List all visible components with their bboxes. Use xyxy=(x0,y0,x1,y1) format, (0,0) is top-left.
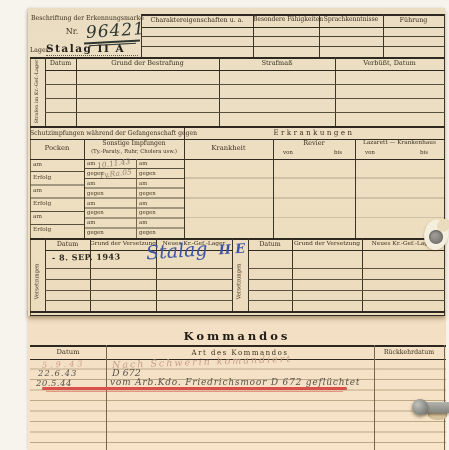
table-divider xyxy=(355,139,356,238)
rule-line xyxy=(45,268,232,269)
punch-hole xyxy=(429,230,443,244)
versetzungen-side-label-right: Versetzungen xyxy=(233,250,248,312)
table-divider xyxy=(374,345,375,450)
sonstige-header-line1: Sonstige Impfungen xyxy=(84,140,184,147)
row-label-gegen: gegen xyxy=(87,230,104,236)
table-divider xyxy=(184,128,185,139)
row-label-gegen: gegen xyxy=(139,191,156,197)
strafen-empty-rows xyxy=(45,71,445,126)
krankheit-header: Krankheit xyxy=(184,145,273,153)
impfungen-title: Schutzimpfungen während der Gefangenscha… xyxy=(30,130,184,137)
row-label-gegen: gegen xyxy=(87,210,104,216)
transfer-date-stamp: - 8. SEP. 1943 xyxy=(52,251,121,262)
kommandos-title: Kommandos xyxy=(28,330,446,343)
camp-stamp: Stalag II A xyxy=(46,43,125,55)
row-label-am: am xyxy=(139,161,147,167)
table-divider xyxy=(444,345,445,450)
traits-col-header: Sprachkenntnisse xyxy=(319,17,383,24)
erkrankungen-title: Erkrankungen xyxy=(184,129,444,137)
new-camp-ink-word: Stalag xyxy=(145,238,208,264)
table-divider xyxy=(136,159,137,238)
traits-col-header: Führung xyxy=(383,17,444,24)
lazarett-header: Lazarett — Krankenhaus xyxy=(355,140,444,147)
rule-line xyxy=(248,250,445,251)
traits-empty-rows xyxy=(141,27,445,56)
versetzungen-side-label-left: Versetzungen xyxy=(30,250,45,312)
row-label-am: am xyxy=(139,220,147,226)
row-label-am: am xyxy=(33,162,42,168)
row-label-gegen: gegen xyxy=(139,210,156,216)
row-label-am: am xyxy=(87,201,95,207)
row-label-am: am xyxy=(139,181,147,187)
row-label-am: am xyxy=(33,188,42,194)
row-label-gegen: gegen xyxy=(139,230,156,236)
rule-line xyxy=(30,345,446,347)
versetzung-col-header: Datum xyxy=(248,241,292,248)
strafen-col-header: Verbüßt, Datum xyxy=(335,60,444,67)
row-label-am: am xyxy=(33,214,42,220)
row-label-am: am xyxy=(87,161,95,167)
bottom-double-line xyxy=(30,311,445,313)
strafen-col-header: Strafmaß xyxy=(219,60,335,67)
scanned-pow-record-card: Beschriftung der Erkennungsmarke Nr. 964… xyxy=(0,0,449,450)
rule-line xyxy=(248,268,445,269)
table-divider xyxy=(273,139,274,238)
bottom-double-line xyxy=(30,315,445,317)
rule-line xyxy=(45,300,232,301)
lazarett-bis: bis xyxy=(414,150,434,156)
kommandos-col-header: Datum xyxy=(30,349,106,357)
versetzung-col-header: Datum xyxy=(45,241,90,248)
fastener-head xyxy=(412,399,428,415)
revier-von: von xyxy=(278,150,298,156)
rule-line xyxy=(45,290,232,291)
row-label-am: am xyxy=(139,201,147,207)
row-label-erfolg: Erfolg xyxy=(33,201,51,207)
traits-col-header: Besondere Fähigkeiten xyxy=(253,17,319,24)
kommando-row-text: vom Arb.Kdo. Friedrichsmoor D 672 geflüc… xyxy=(110,378,360,388)
row-label-gegen: gegen xyxy=(87,191,104,197)
kommando-row-date: 22.6.43 xyxy=(38,369,77,379)
section-divider-thick xyxy=(30,126,445,128)
pocken-rows xyxy=(30,159,84,237)
row-label-gegen: gegen xyxy=(139,171,156,177)
lazarett-von: von xyxy=(360,150,380,156)
strafen-col-header: Datum xyxy=(45,60,76,67)
erkrankungen-rows xyxy=(184,159,444,237)
pocken-header: Pocken xyxy=(30,145,84,153)
rule-line xyxy=(248,279,445,280)
sonstige-header-line2: (Ty.-Paraty., Ruhr, Cholera usw.) xyxy=(84,149,184,155)
versetzung-col-header: Grund der Versetzung xyxy=(292,241,362,248)
rule-line xyxy=(248,290,445,291)
new-camp-ink-number: II E xyxy=(218,242,246,259)
strafen-col-header: Grund der Bestrafung xyxy=(76,60,219,67)
prisoner-number-label: Nr. xyxy=(62,27,82,36)
kommandos-empty-rows xyxy=(30,359,446,450)
rule-line xyxy=(45,279,232,280)
strafen-side-label: Strafen im Kr.-Gef.-Lager xyxy=(30,57,45,126)
row-label-erfolg: Erfolg xyxy=(33,175,51,181)
table-divider xyxy=(106,345,107,450)
rule-line xyxy=(248,300,445,301)
camp-dotted-line xyxy=(46,55,138,56)
revier-bis: bis xyxy=(328,150,348,156)
row-label-am: am xyxy=(87,181,95,187)
row-label-erfolg: Erfolg xyxy=(33,227,51,233)
table-divider xyxy=(184,139,185,238)
traits-col-header: Charaktereigenschaften u. a. xyxy=(141,17,253,24)
kommandos-col-header: Rückkehrdatum xyxy=(374,349,444,356)
revier-header: Revier xyxy=(273,140,355,147)
row-label-am: am xyxy=(87,220,95,226)
table-divider xyxy=(84,139,85,238)
red-underline-2 xyxy=(46,391,343,393)
